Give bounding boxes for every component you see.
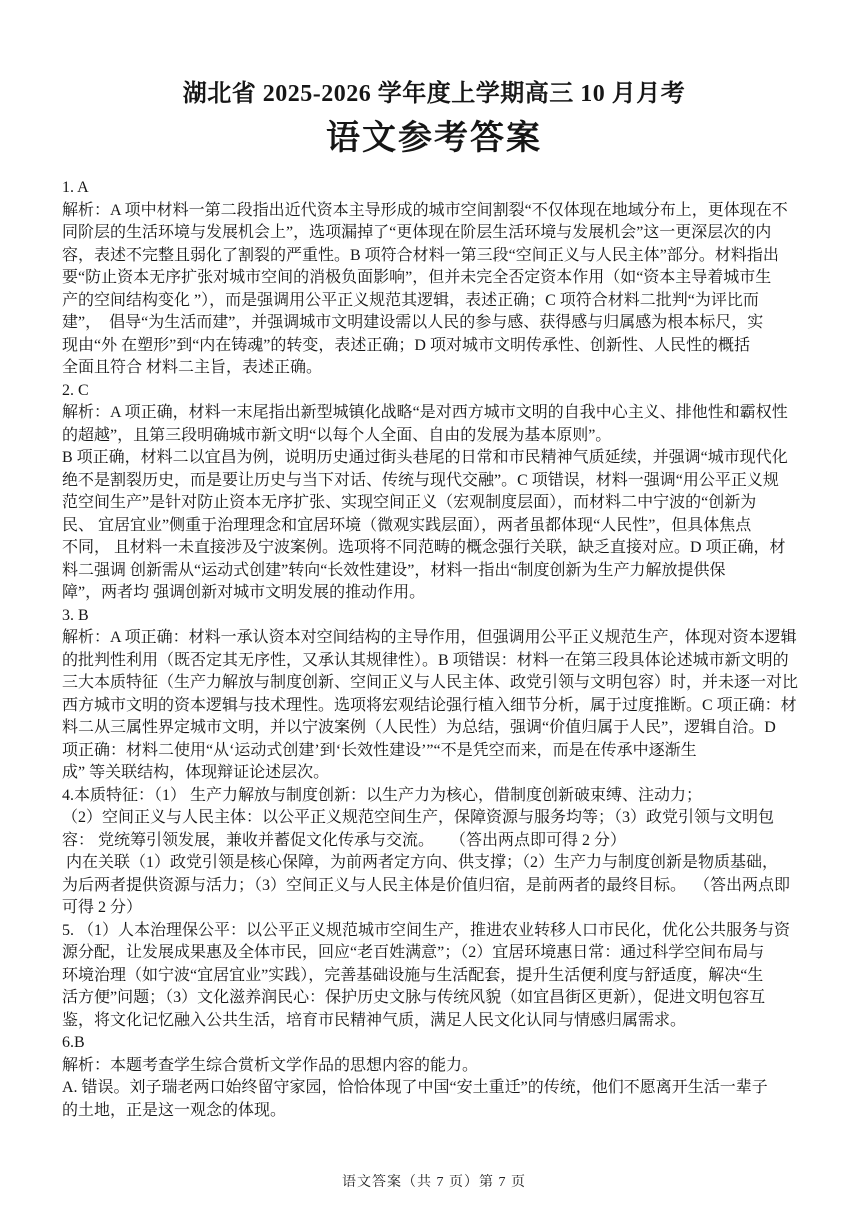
- text-line: 鉴，将文化记忆融入公共生活，培育市民精神气质，满足人民文化认同与情感归属需求。: [62, 1010, 806, 1033]
- text-line: 3. B: [62, 605, 806, 628]
- answers-text: 1. A 解析：A 项中材料一第二段指出近代资本主导形成的城市空间割裂“不仅体现…: [62, 177, 806, 1122]
- text-line: 2. C: [62, 380, 806, 403]
- page-title: 湖北省 2025-2026 学年度上学期高三 10 月月考: [62, 78, 806, 110]
- text-line: 料二从三属性界定城市文明，并以宁波案例（人民性）为总结，强调“价值归属于人民”，…: [62, 717, 806, 740]
- text-line: 1. A: [62, 177, 806, 200]
- text-line: 全面且符合 材料二主旨，表述正确。: [62, 357, 806, 380]
- text-line: 成” 等关联结构，体现辩证论述层次。: [62, 762, 806, 785]
- text-line: 解析：A 项正确：材料一承认资本对空间结构的主导作用，但强调用公平正义规范生产，…: [62, 627, 806, 650]
- text-line: A. 错误。刘子瑞老两口始终留守家园，恰恰体现了中国“安土重迁”的传统，他们不愿…: [62, 1077, 806, 1100]
- text-line: 三大本质特征（生产力解放与制度创新、空间正义与人民主体、政党引领与文明包容）时，…: [62, 672, 806, 695]
- text-line: 6.B: [62, 1032, 806, 1055]
- page-subtitle: 语文参考答案: [62, 116, 806, 162]
- text-line: 不同， 且材料一未直接涉及宁波案例。选项将不同范畴的概念强行关联，缺乏直接对应。…: [62, 537, 806, 560]
- text-line: 的土地，正是这一观念的体现。: [62, 1100, 806, 1123]
- text-line: 的超越”，且第三段明确城市新文明“以每个人全面、自由的发展为基本原则”。: [62, 425, 806, 448]
- text-line: 容： 党统筹引领发展，兼收并蓄促文化传承与交流。 （答出两点即可得 2 分）: [62, 830, 806, 853]
- text-line: 现由“外 在塑形”到“内在铸魂”的转变，表述正确；D 项对城市文明传承性、创新性…: [62, 335, 806, 358]
- text-line: 西方城市文明的资本逻辑与技术理性。选项将宏观结论强行植入细节分析，属于过度推断。…: [62, 695, 806, 718]
- text-line: 容，表述不完整且弱化了割裂的严重性。B 项符合材料一第三段“空间正义与人民主体”…: [62, 245, 806, 268]
- text-line: 项正确：材料二使用“从‘运动式创建’到‘长效性建设’”“不是凭空而来，而是在传承…: [62, 740, 806, 763]
- text-line: 范空间生产”是针对防止资本无序扩张、实现空间正义（宏观制度层面），而材料二中宁波…: [62, 492, 806, 515]
- document-body: 湖北省 2025-2026 学年度上学期高三 10 月月考 语文参考答案 1. …: [0, 0, 868, 1122]
- page-footer: 语文答案（共 7 页）第 7 页: [0, 1171, 868, 1191]
- text-line: 5. （1）人本治理保公平：以公平正义规范城市空间生产，推进农业转移人口市民化，…: [62, 920, 806, 943]
- text-line: 活方便”问题；（3）文化滋养润民心：保护历史文脉与传统风貌（如宜昌街区更新），促…: [62, 987, 806, 1010]
- text-line: 要“防止资本无序扩张对城市空间的消极负面影响”，但并未完全否定资本作用（如“资本…: [62, 267, 806, 290]
- text-line: 解析：本题考查学生综合赏析文学作品的思想内容的能力。: [62, 1055, 806, 1078]
- text-line: 障”，两者均 强调创新对城市文明发展的推动作用。: [62, 582, 806, 605]
- text-line: 料二强调 创新需从“运动式创建”转向“长效性建设”，材料一指出“制度创新为生产力…: [62, 560, 806, 583]
- text-line: 解析：A 项正确，材料一末尾指出新型城镇化战略“是对西方城市文明的自我中心主义、…: [62, 402, 806, 425]
- text-line: 同阶层的生活环境与发展机会上”，选项漏掉了“更体现在阶层生活环境与发展机会”这一…: [62, 222, 806, 245]
- text-line: B 项正确，材料二以宜昌为例，说明历史通过街头巷尾的日常和市民精神气质延续，并强…: [62, 447, 806, 470]
- text-line: 4.本质特征：（1） 生产力解放与制度创新：以生产力为核心，借制度创新破束缚、注…: [62, 785, 806, 808]
- text-line: 产的空间结构变化 ”），而是强调用公平正义规范其逻辑，表述正确；C 项符合材料二…: [62, 290, 806, 313]
- text-line: 源分配，让发展成果惠及全体市民，回应“老百姓满意”；（2）宜居环境惠日常：通过科…: [62, 942, 806, 965]
- text-line: 环境治理（如宁波“宜居宜业”实践），完善基础设施与生活配套，提升生活便利度与舒适…: [62, 965, 806, 988]
- text-line: 解析：A 项中材料一第二段指出近代资本主导形成的城市空间割裂“不仅体现在地域分布…: [62, 200, 806, 223]
- text-line: 为后两者提供资源与活力；（3）空间正义与人民主体是价值归宿，是前两者的最终目标。…: [62, 875, 806, 898]
- text-line: 绝不是割裂历史，而是要让历史与当下对话、传统与现代交融”。C 项错误，材料一强调…: [62, 470, 806, 493]
- exam-answer-page: 湖北省 2025-2026 学年度上学期高三 10 月月考 语文参考答案 1. …: [0, 0, 868, 1227]
- text-line: 建”， 倡导“为生活而建”，并强调城市文明建设需以人民的参与感、获得感与归属感为…: [62, 312, 806, 335]
- text-line: 可得 2 分）: [62, 897, 806, 920]
- text-line: 民、 宜居宜业”侧重于治理理念和宜居环境（微观实践层面），两者虽都体现“人民性”…: [62, 515, 806, 538]
- text-line: 的批判性利用（既否定其无序性，又承认其规律性）。B 项错误：材料一在第三段具体论…: [62, 650, 806, 673]
- text-line: （2）空间正义与人民主体：以公平正义规范空间生产，保障资源与服务均等；（3）政党…: [62, 807, 806, 830]
- text-line: 内在关联（1）政党引领是核心保障，为前两者定方向、供支撑；（2）生产力与制度创新…: [62, 852, 806, 875]
